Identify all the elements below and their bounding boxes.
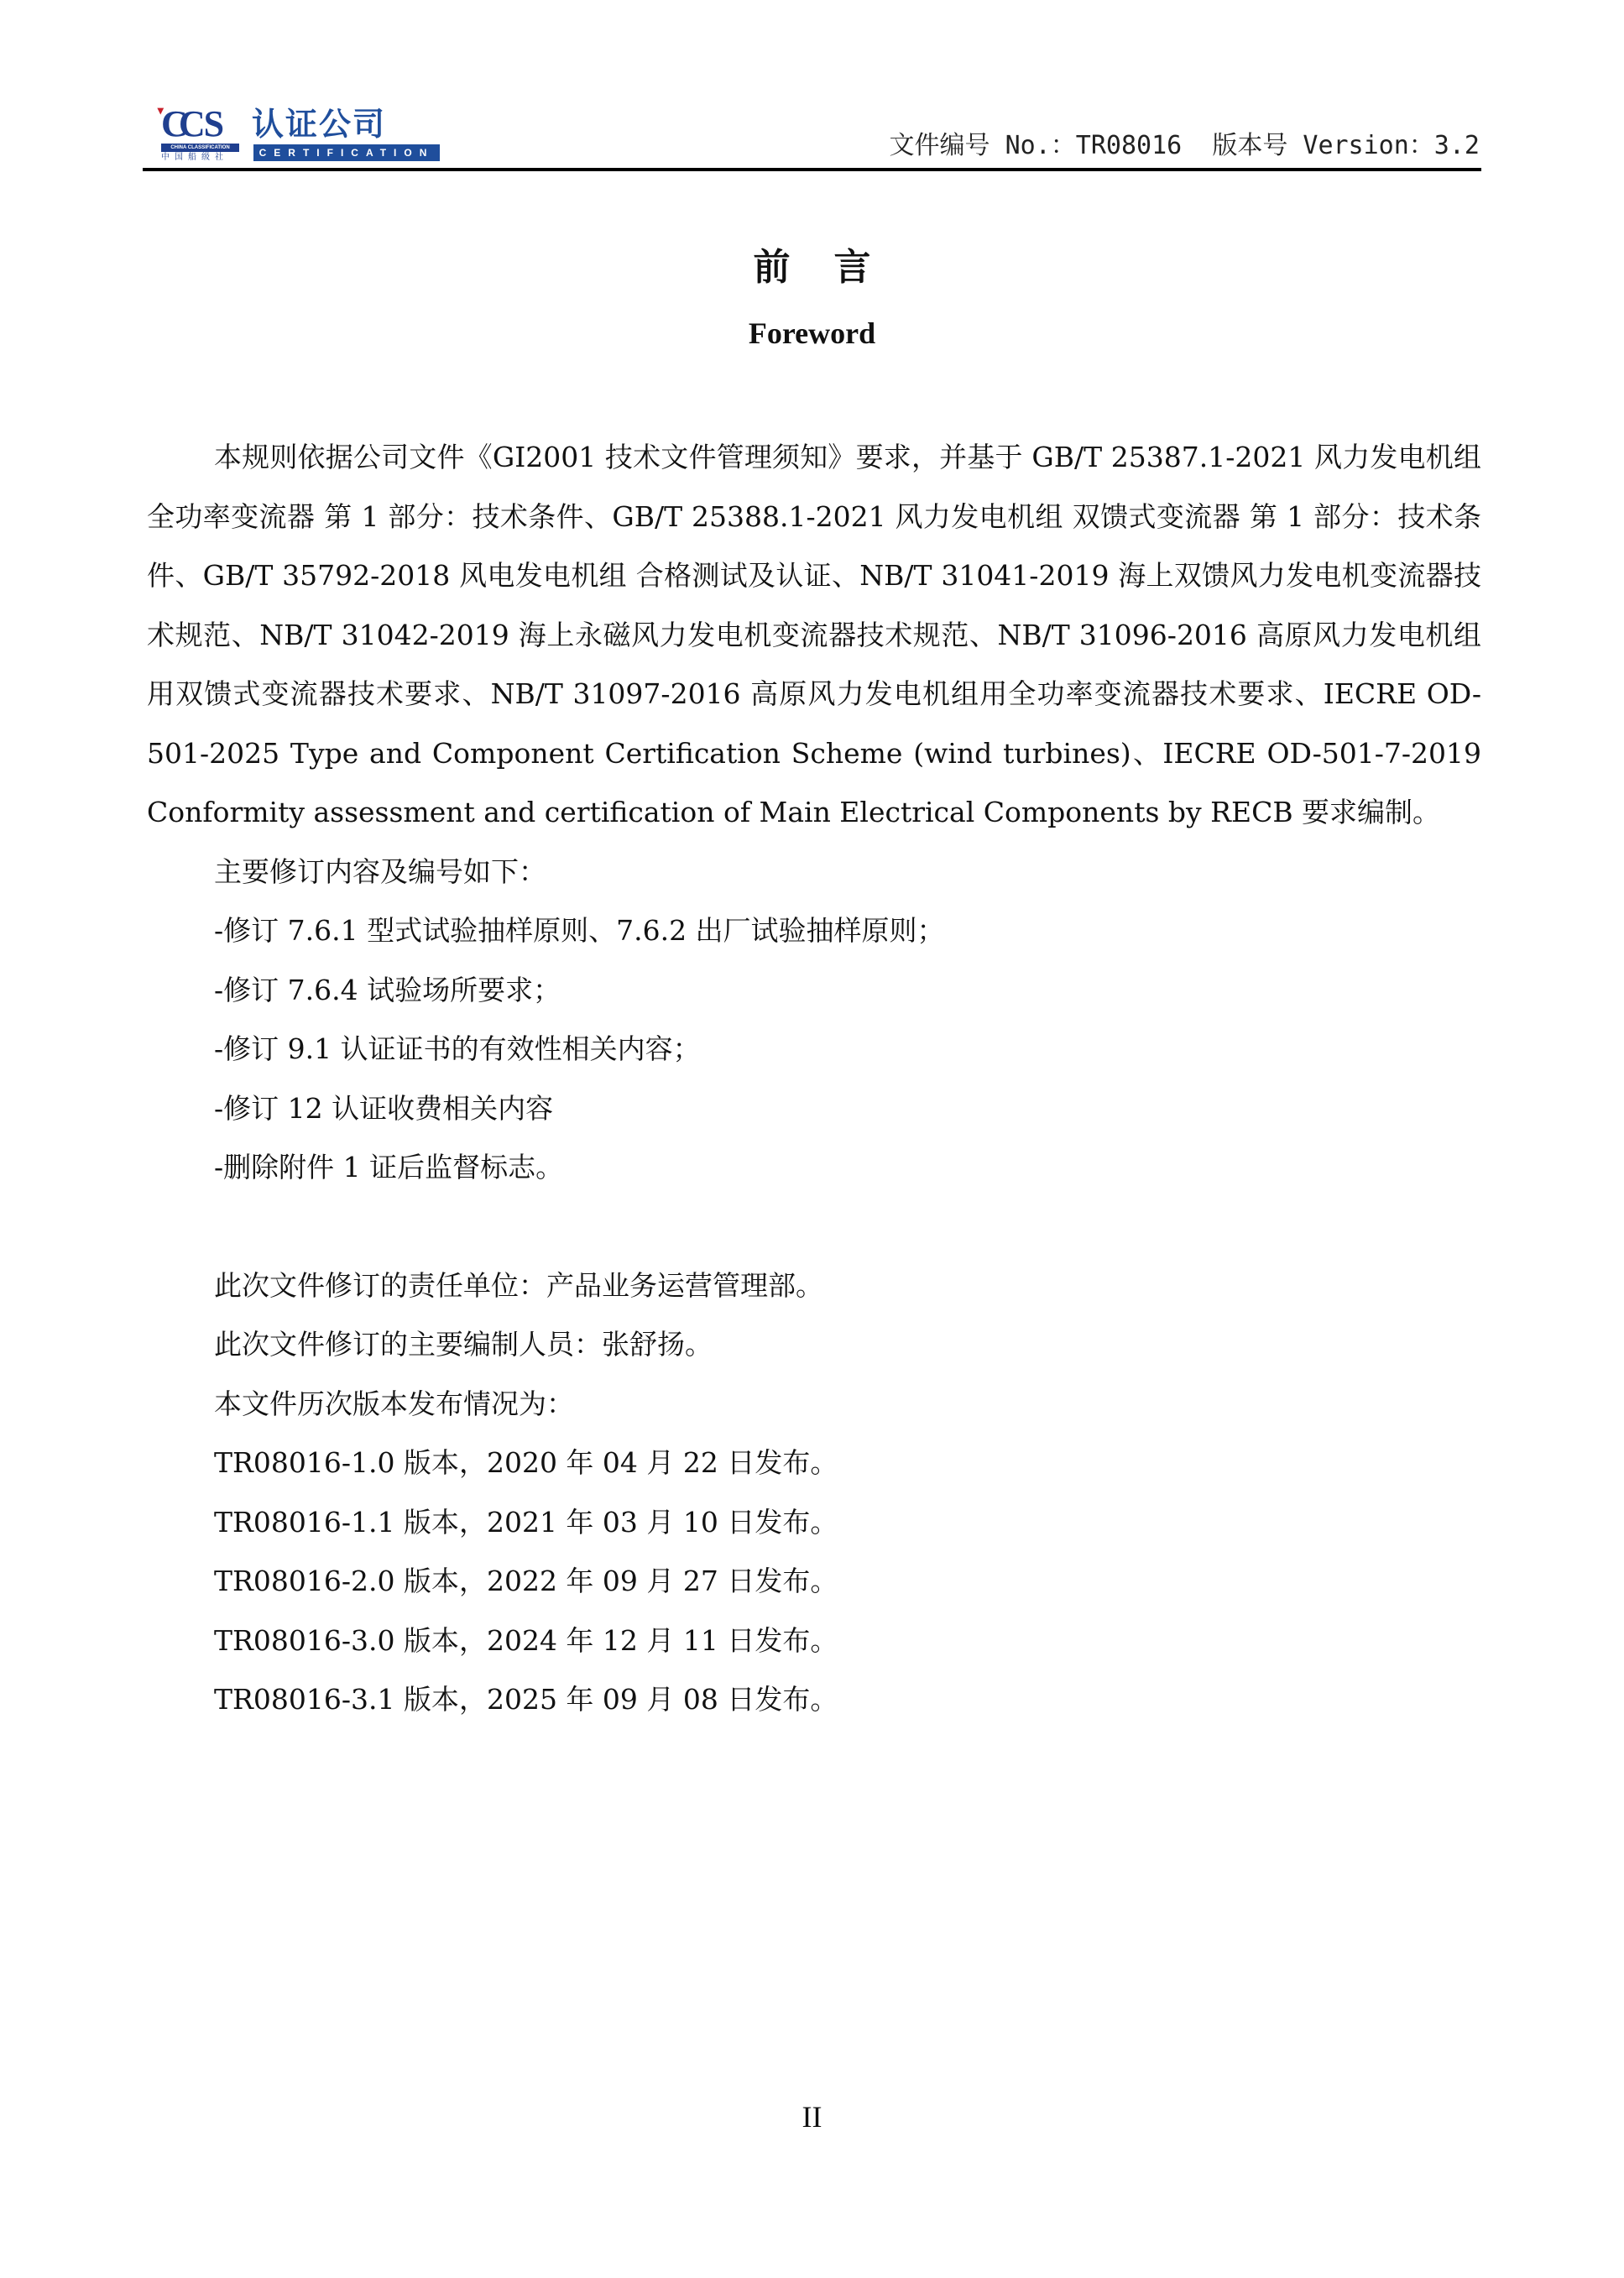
- page-title-en: Foreword: [0, 315, 1624, 352]
- revisions-heading: 主要修订内容及编号如下：: [147, 843, 1481, 902]
- revision-item: -修订 12 认证收费相关内容: [147, 1079, 1481, 1139]
- page-header: C▾CS CHINA CLASSIFICATION SOCIETY 中国船级社 …: [143, 99, 1481, 171]
- version-history-item: TR08016-2.0 版本，2022 年 09 月 27 日发布。: [147, 1552, 1481, 1612]
- responsible-unit: 此次文件修订的责任单位：产品业务运营管理部。: [147, 1257, 1481, 1316]
- header-divider: [143, 168, 1481, 171]
- logo-society-cn: 中国船级社: [161, 153, 228, 163]
- version-history-heading: 本文件历次版本发布情况为：: [147, 1375, 1481, 1434]
- foreword-body: 本规则依据公司文件《GI2001 技术文件管理须知》要求，并基于 GB/T 25…: [147, 428, 1481, 1730]
- revision-item: -修订 9.1 认证证书的有效性相关内容；: [147, 1020, 1481, 1079]
- document-number-version: 文件编号 No.：TR08016 版本号 Version：3.2: [890, 129, 1480, 163]
- revision-item: -修订 7.6.1 型式试验抽样原则、7.6.2 出厂试验抽样原则；: [147, 901, 1481, 961]
- version-history-item: TR08016-1.0 版本，2020 年 04 月 22 日发布。: [147, 1434, 1481, 1493]
- ccs-logo-letters: C▾CS: [161, 106, 222, 143]
- page-title-cn: 前言: [0, 245, 1624, 290]
- ccs-certification-logo: C▾CS CHINA CLASSIFICATION SOCIETY 中国船级社 …: [161, 106, 446, 163]
- version-history-item: TR08016-3.1 版本，2025 年 09 月 08 日发布。: [147, 1670, 1481, 1730]
- logo-letter-c2: C: [179, 103, 204, 144]
- page-number: II: [0, 2100, 1624, 2134]
- logo-cert-cn: 认证公司: [252, 107, 386, 141]
- version-history-item: TR08016-1.1 版本，2021 年 03 月 10 日发布。: [147, 1493, 1481, 1553]
- spacer: [147, 1198, 1481, 1257]
- revision-item: -删除附件 1 证后监督标志。: [147, 1138, 1481, 1198]
- main-editor: 此次文件修订的主要编制人员：张舒扬。: [147, 1315, 1481, 1375]
- version-history-item: TR08016-3.0 版本，2024 年 12 月 11 日发布。: [147, 1612, 1481, 1671]
- intro-paragraph: 本规则依据公司文件《GI2001 技术文件管理须知》要求，并基于 GB/T 25…: [147, 428, 1481, 843]
- logo-cert-en: CERTIFICATION: [253, 144, 440, 161]
- revision-item: -修订 7.6.4 试验场所要求；: [147, 961, 1481, 1021]
- logo-letter-s: S: [204, 103, 222, 144]
- logo-society-en: CHINA CLASSIFICATION SOCIETY: [161, 144, 239, 152]
